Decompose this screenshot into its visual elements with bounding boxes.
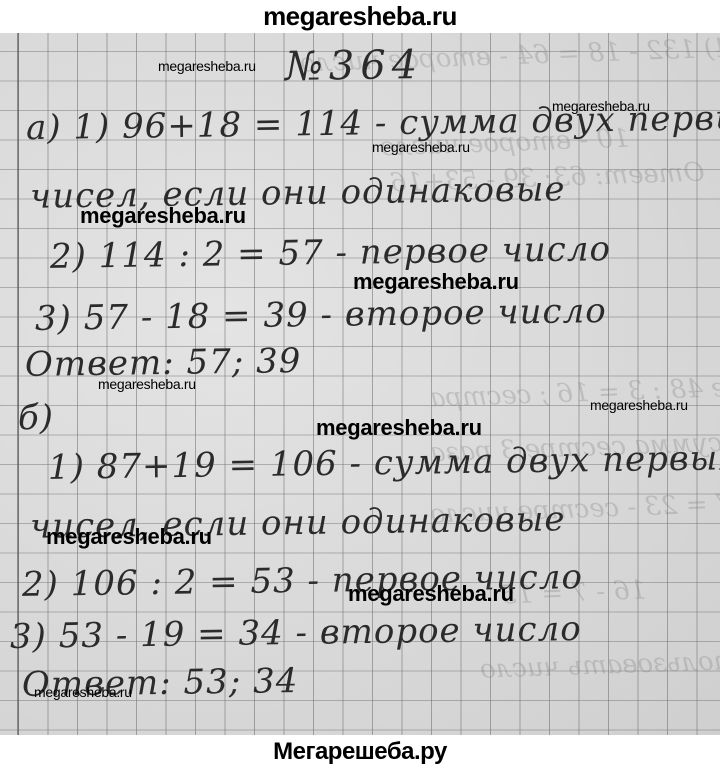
watermark: megaresheba.ru <box>34 684 132 700</box>
site-header: megaresheba.ru <box>0 0 720 33</box>
part-a-step-3: 3) 57 - 18 = 39 - второе число <box>35 291 607 339</box>
site-name: megaresheba.ru <box>263 1 457 32</box>
site-footer: Мегарешеба.ру <box>0 735 720 768</box>
watermark: megaresheba.ru <box>316 415 482 441</box>
watermark: megaresheba.ru <box>158 58 256 74</box>
watermark: megaresheba.ru <box>80 203 246 229</box>
notebook-page: 4) 132 - 18 = 64 - второе число 10 - вто… <box>0 33 720 735</box>
watermark: megaresheba.ru <box>590 397 688 413</box>
part-b-label: б) <box>18 398 55 438</box>
part-b-step-3: 3) 53 - 19 = 34 - второе число <box>10 609 582 657</box>
watermark: megaresheba.ru <box>46 524 212 550</box>
site-name-cyrillic: Мегарешеба.ру <box>273 738 447 766</box>
watermark: megaresheba.ru <box>98 376 196 392</box>
watermark: megaresheba.ru <box>552 98 650 114</box>
part-a-step-2: 2) 114 : 2 = 57 - первое число <box>50 229 611 277</box>
watermark: megaresheba.ru <box>353 269 519 295</box>
watermark: megaresheba.ru <box>372 139 470 155</box>
part-a-label: а) <box>26 108 62 148</box>
problem-number: №364 <box>285 42 424 90</box>
watermark: megaresheba.ru <box>348 581 514 607</box>
part-b-step-1: 1) 87+19 = 106 - сумма двух первых <box>48 438 720 488</box>
